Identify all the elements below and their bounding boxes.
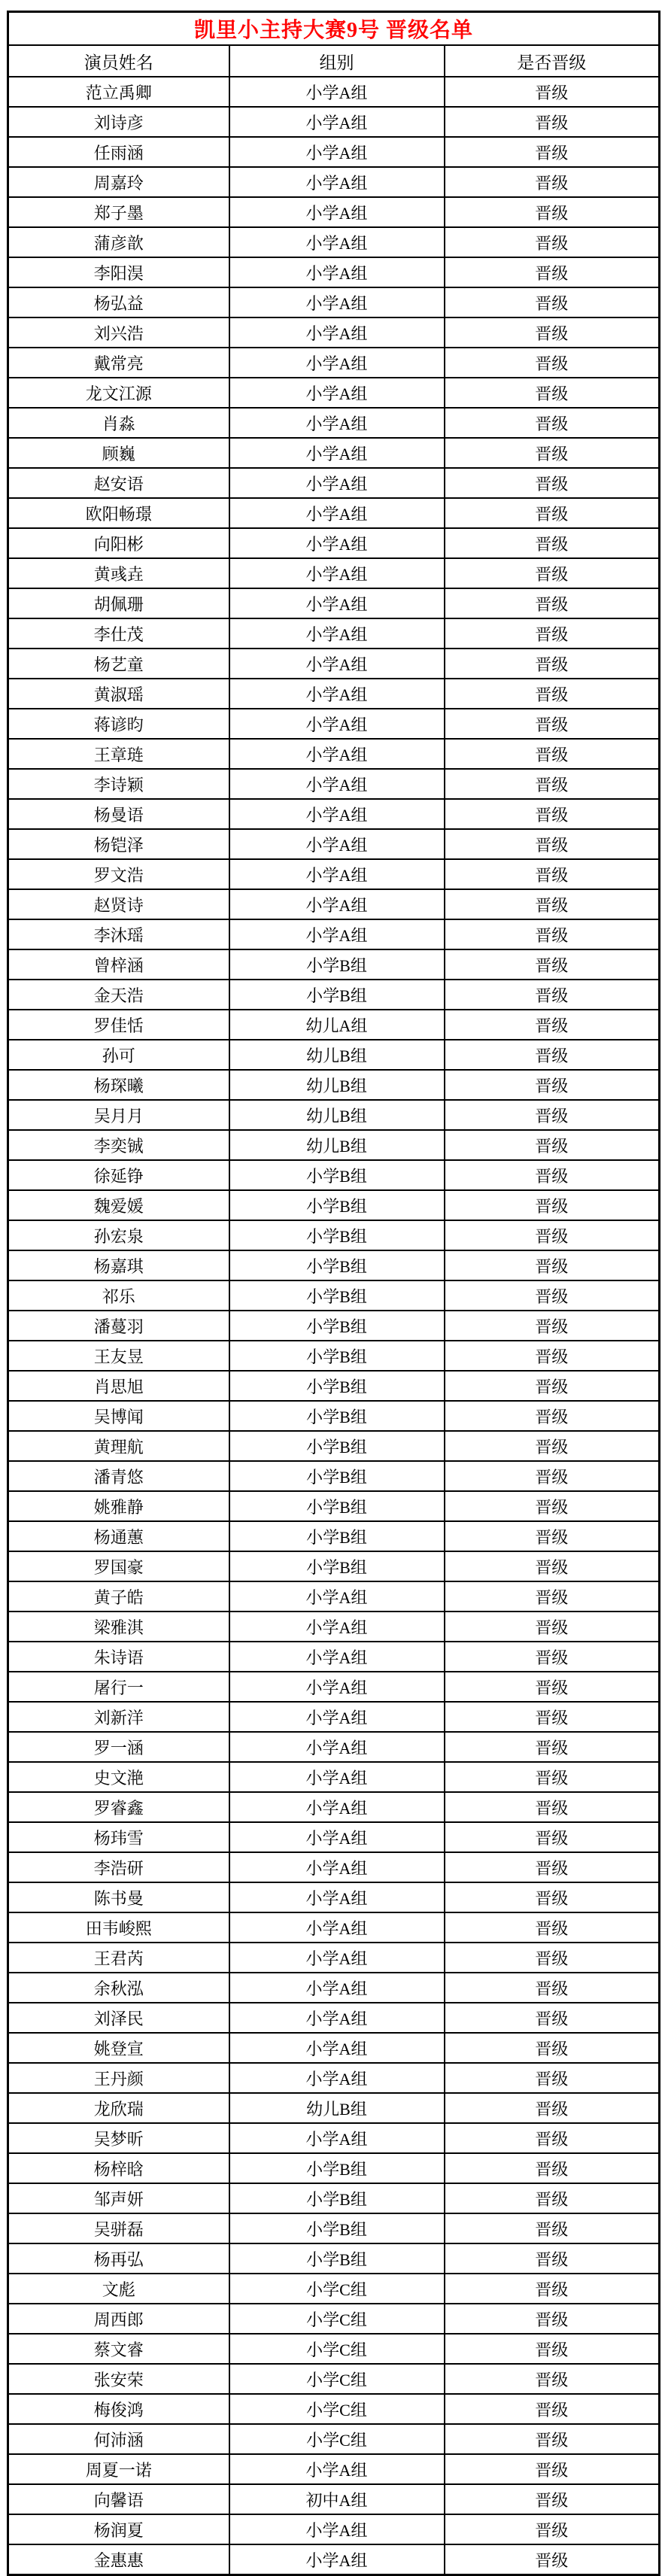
title-row: 凯里小主持大赛9号 晋级名单 <box>8 12 660 46</box>
status-cell: 晋级 <box>445 2544 660 2575</box>
group-cell: 小学B组 <box>229 1431 445 1461</box>
status-cell: 晋级 <box>445 2093 660 2123</box>
group-cell: 小学A组 <box>229 859 445 889</box>
group-cell: 小学B组 <box>229 1190 445 1220</box>
name-cell: 杨再弘 <box>8 2243 229 2274</box>
status-cell: 晋级 <box>445 2183 660 2213</box>
table-row: 金惠惠小学A组晋级 <box>8 2544 660 2575</box>
table-row: 曾梓涵小学B组晋级 <box>8 949 660 980</box>
table-row: 祁乐小学B组晋级 <box>8 1280 660 1311</box>
name-cell: 杨弘益 <box>8 287 229 317</box>
group-cell: 小学A组 <box>229 1822 445 1852</box>
group-cell: 小学C组 <box>229 2364 445 2394</box>
table-body: 范立禹卿小学A组晋级刘诗彦小学A组晋级任雨涵小学A组晋级周嘉玲小学A组晋级郑子墨… <box>8 77 660 2575</box>
table-row: 肖淼小学A组晋级 <box>8 408 660 438</box>
table-row: 任雨涵小学A组晋级 <box>8 137 660 167</box>
page-title: 凯里小主持大赛9号 晋级名单 <box>8 12 660 46</box>
name-cell: 潘蔓羽 <box>8 1311 229 1341</box>
status-cell: 晋级 <box>445 378 660 408</box>
group-cell: 小学B组 <box>229 1220 445 1250</box>
status-cell: 晋级 <box>445 1551 660 1581</box>
table-row: 李阳淏小学A组晋级 <box>8 257 660 287</box>
table-row: 屠行一小学A组晋级 <box>8 1672 660 1702</box>
name-cell: 黄理航 <box>8 1431 229 1461</box>
status-cell: 晋级 <box>445 980 660 1010</box>
group-cell: 小学A组 <box>229 679 445 709</box>
status-cell: 晋级 <box>445 739 660 769</box>
table-row: 顾巍小学A组晋级 <box>8 438 660 468</box>
status-cell: 晋级 <box>445 1612 660 1642</box>
table-row: 王章琏小学A组晋级 <box>8 739 660 769</box>
table-row: 邹声妍小学B组晋级 <box>8 2183 660 2213</box>
group-cell: 小学A组 <box>229 1792 445 1822</box>
status-cell: 晋级 <box>445 1461 660 1491</box>
name-cell: 田韦峻熙 <box>8 1912 229 1943</box>
status-cell: 晋级 <box>445 2454 660 2484</box>
table-row: 罗睿鑫小学A组晋级 <box>8 1792 660 1822</box>
name-cell: 王章琏 <box>8 739 229 769</box>
table-row: 胡佩珊小学A组晋级 <box>8 588 660 618</box>
status-cell: 晋级 <box>445 649 660 679</box>
name-cell: 郑子墨 <box>8 197 229 227</box>
table-row: 李仕茂小学A组晋级 <box>8 618 660 649</box>
status-cell: 晋级 <box>445 287 660 317</box>
group-cell: 小学A组 <box>229 227 445 257</box>
table-row: 杨梓晗小学B组晋级 <box>8 2153 660 2183</box>
name-cell: 周西郎 <box>8 2304 229 2334</box>
group-cell: 小学A组 <box>229 2033 445 2063</box>
name-cell: 李阳淏 <box>8 257 229 287</box>
status-cell: 晋级 <box>445 1792 660 1822</box>
group-cell: 小学C组 <box>229 2334 445 2364</box>
table-row: 刘诗彦小学A组晋级 <box>8 107 660 137</box>
name-cell: 余秋泓 <box>8 1973 229 2003</box>
table-row: 杨玮雪小学A组晋级 <box>8 1822 660 1852</box>
status-cell: 晋级 <box>445 618 660 649</box>
status-cell: 晋级 <box>445 799 660 829</box>
status-cell: 晋级 <box>445 949 660 980</box>
name-cell: 蒲彦歆 <box>8 227 229 257</box>
group-cell: 小学A组 <box>229 317 445 348</box>
column-header-group: 组别 <box>229 45 445 77</box>
status-cell: 晋级 <box>445 2213 660 2243</box>
name-cell: 罗一涵 <box>8 1732 229 1762</box>
name-cell: 肖思旭 <box>8 1371 229 1401</box>
table-row: 杨再弘小学B组晋级 <box>8 2243 660 2274</box>
status-cell: 晋级 <box>445 77 660 107</box>
table-row: 史文滟小学A组晋级 <box>8 1762 660 1792</box>
group-cell: 小学A组 <box>229 257 445 287</box>
group-cell: 小学A组 <box>229 197 445 227</box>
group-cell: 小学A组 <box>229 769 445 799</box>
group-cell: 小学A组 <box>229 1642 445 1672</box>
table-row: 杨琛曦幼儿B组晋级 <box>8 1070 660 1100</box>
name-cell: 张安荣 <box>8 2364 229 2394</box>
name-cell: 李奕铖 <box>8 1130 229 1160</box>
group-cell: 小学B组 <box>229 1160 445 1190</box>
status-cell: 晋级 <box>445 2003 660 2033</box>
name-cell: 黄子皓 <box>8 1581 229 1612</box>
status-cell: 晋级 <box>445 2484 660 2514</box>
group-cell: 小学A组 <box>229 739 445 769</box>
status-cell: 晋级 <box>445 528 660 558</box>
status-cell: 晋级 <box>445 2274 660 2304</box>
group-cell: 小学B组 <box>229 1311 445 1341</box>
status-cell: 晋级 <box>445 348 660 378</box>
table-row: 向馨语初中A组晋级 <box>8 2484 660 2514</box>
group-cell: 小学B组 <box>229 2213 445 2243</box>
status-cell: 晋级 <box>445 1882 660 1912</box>
name-cell: 罗佳恬 <box>8 1010 229 1040</box>
status-cell: 晋级 <box>445 107 660 137</box>
group-cell: 幼儿B组 <box>229 1070 445 1100</box>
status-cell: 晋级 <box>445 1280 660 1311</box>
table-row: 范立禹卿小学A组晋级 <box>8 77 660 107</box>
table-row: 龙文江源小学A组晋级 <box>8 378 660 408</box>
group-cell: 小学B组 <box>229 949 445 980</box>
status-cell: 晋级 <box>445 889 660 919</box>
group-cell: 小学A组 <box>229 1732 445 1762</box>
name-cell: 杨梓晗 <box>8 2153 229 2183</box>
group-cell: 小学A组 <box>229 378 445 408</box>
table-row: 赵贤诗小学A组晋级 <box>8 889 660 919</box>
table-row: 蒋谚昀小学A组晋级 <box>8 709 660 739</box>
group-cell: 小学B组 <box>229 1280 445 1311</box>
status-cell: 晋级 <box>445 2304 660 2334</box>
group-cell: 小学B组 <box>229 2153 445 2183</box>
name-cell: 梅俊鸿 <box>8 2394 229 2424</box>
status-cell: 晋级 <box>445 1732 660 1762</box>
group-cell: 小学A组 <box>229 498 445 528</box>
name-cell: 罗国豪 <box>8 1551 229 1581</box>
status-cell: 晋级 <box>445 1581 660 1612</box>
table-row: 李浩研小学A组晋级 <box>8 1852 660 1882</box>
name-cell: 杨曼语 <box>8 799 229 829</box>
name-cell: 潘青悠 <box>8 1461 229 1491</box>
group-cell: 小学A组 <box>229 588 445 618</box>
name-cell: 欧阳畅璟 <box>8 498 229 528</box>
table-row: 黄淑瑶小学A组晋级 <box>8 679 660 709</box>
table-row: 杨艺童小学A组晋级 <box>8 649 660 679</box>
name-cell: 姚登宣 <box>8 2033 229 2063</box>
name-cell: 胡佩珊 <box>8 588 229 618</box>
name-cell: 范立禹卿 <box>8 77 229 107</box>
name-cell: 曾梓涵 <box>8 949 229 980</box>
group-cell: 小学A组 <box>229 167 445 197</box>
group-cell: 小学A组 <box>229 1943 445 1973</box>
group-cell: 小学A组 <box>229 1882 445 1912</box>
status-cell: 晋级 <box>445 1642 660 1672</box>
column-header-status: 是否晋级 <box>445 45 660 77</box>
group-cell: 幼儿B组 <box>229 1130 445 1160</box>
status-cell: 晋级 <box>445 167 660 197</box>
group-cell: 小学B组 <box>229 980 445 1010</box>
name-cell: 朱诗语 <box>8 1642 229 1672</box>
name-cell: 刘泽民 <box>8 2003 229 2033</box>
status-cell: 晋级 <box>445 1762 660 1792</box>
status-cell: 晋级 <box>445 1070 660 1100</box>
group-cell: 小学B组 <box>229 1551 445 1581</box>
name-cell: 黄淑瑶 <box>8 679 229 709</box>
name-cell: 王君芮 <box>8 1943 229 1973</box>
name-cell: 戴常亮 <box>8 348 229 378</box>
name-cell: 杨润夏 <box>8 2514 229 2544</box>
table-row: 郑子墨小学A组晋级 <box>8 197 660 227</box>
group-cell: 小学A组 <box>229 1762 445 1792</box>
group-cell: 小学A组 <box>229 1852 445 1882</box>
table-row: 欧阳畅璟小学A组晋级 <box>8 498 660 528</box>
table-row: 孙可幼儿B组晋级 <box>8 1040 660 1070</box>
name-cell: 杨琛曦 <box>8 1070 229 1100</box>
name-cell: 姚雅静 <box>8 1491 229 1521</box>
status-cell: 晋级 <box>445 1100 660 1130</box>
name-cell: 梁雅淇 <box>8 1612 229 1642</box>
name-cell: 孙可 <box>8 1040 229 1070</box>
name-cell: 蒋谚昀 <box>8 709 229 739</box>
table-row: 王友昱小学B组晋级 <box>8 1341 660 1371</box>
name-cell: 罗睿鑫 <box>8 1792 229 1822</box>
group-cell: 小学A组 <box>229 889 445 919</box>
name-cell: 肖淼 <box>8 408 229 438</box>
table-row: 刘新洋小学A组晋级 <box>8 1702 660 1732</box>
table-row: 赵安语小学A组晋级 <box>8 468 660 498</box>
table-row: 陈书曼小学A组晋级 <box>8 1882 660 1912</box>
group-cell: 幼儿A组 <box>229 1010 445 1040</box>
status-cell: 晋级 <box>445 317 660 348</box>
table-row: 文彪小学C组晋级 <box>8 2274 660 2304</box>
table-row: 姚登宣小学A组晋级 <box>8 2033 660 2063</box>
group-cell: 小学B组 <box>229 2183 445 2213</box>
group-cell: 小学A组 <box>229 1612 445 1642</box>
group-cell: 小学A组 <box>229 558 445 588</box>
name-cell: 杨艺童 <box>8 649 229 679</box>
name-cell: 刘诗彦 <box>8 107 229 137</box>
table-row: 戴常亮小学A组晋级 <box>8 348 660 378</box>
group-cell: 小学B组 <box>229 1461 445 1491</box>
group-cell: 小学A组 <box>229 2003 445 2033</box>
name-cell: 黄彧垚 <box>8 558 229 588</box>
status-cell: 晋级 <box>445 1341 660 1371</box>
group-cell: 小学A组 <box>229 2454 445 2484</box>
name-cell: 王友昱 <box>8 1341 229 1371</box>
status-cell: 晋级 <box>445 197 660 227</box>
group-cell: 小学A组 <box>229 829 445 859</box>
group-cell: 小学B组 <box>229 1491 445 1521</box>
table-row: 吴骈磊小学B组晋级 <box>8 2213 660 2243</box>
status-cell: 晋级 <box>445 2334 660 2364</box>
table-row: 罗文浩小学A组晋级 <box>8 859 660 889</box>
group-cell: 小学B组 <box>229 1371 445 1401</box>
status-cell: 晋级 <box>445 1311 660 1341</box>
group-cell: 幼儿B组 <box>229 1100 445 1130</box>
name-cell: 李仕茂 <box>8 618 229 649</box>
table-row: 徐延铮小学B组晋级 <box>8 1160 660 1190</box>
table-row: 潘蔓羽小学B组晋级 <box>8 1311 660 1341</box>
table-row: 肖思旭小学B组晋级 <box>8 1371 660 1401</box>
status-cell: 晋级 <box>445 1521 660 1551</box>
name-cell: 魏爱媛 <box>8 1190 229 1220</box>
status-cell: 晋级 <box>445 468 660 498</box>
table-row: 王丹颜小学A组晋级 <box>8 2063 660 2093</box>
status-cell: 晋级 <box>445 1401 660 1431</box>
table-row: 龙欣瑞幼儿B组晋级 <box>8 2093 660 2123</box>
table-row: 刘兴浩小学A组晋级 <box>8 317 660 348</box>
table-row: 杨弘益小学A组晋级 <box>8 287 660 317</box>
group-cell: 小学B组 <box>229 1401 445 1431</box>
status-cell: 晋级 <box>445 1220 660 1250</box>
table-row: 张安荣小学C组晋级 <box>8 2364 660 2394</box>
table-row: 吴博闻小学B组晋级 <box>8 1401 660 1431</box>
name-cell: 杨嘉琪 <box>8 1250 229 1280</box>
group-cell: 小学A组 <box>229 1912 445 1943</box>
name-cell: 邹声妍 <box>8 2183 229 2213</box>
status-cell: 晋级 <box>445 2364 660 2394</box>
status-cell: 晋级 <box>445 829 660 859</box>
status-cell: 晋级 <box>445 2153 660 2183</box>
group-cell: 小学A组 <box>229 2063 445 2093</box>
status-cell: 晋级 <box>445 588 660 618</box>
name-cell: 周夏一诺 <box>8 2454 229 2484</box>
name-cell: 刘新洋 <box>8 1702 229 1732</box>
name-cell: 陈书曼 <box>8 1882 229 1912</box>
table-row: 李诗颖小学A组晋级 <box>8 769 660 799</box>
table-row: 黄彧垚小学A组晋级 <box>8 558 660 588</box>
group-cell: 小学B组 <box>229 1521 445 1551</box>
table-row: 梅俊鸿小学C组晋级 <box>8 2394 660 2424</box>
name-cell: 屠行一 <box>8 1672 229 1702</box>
group-cell: 小学C组 <box>229 2304 445 2334</box>
status-cell: 晋级 <box>445 257 660 287</box>
group-cell: 小学C组 <box>229 2274 445 2304</box>
name-cell: 刘兴浩 <box>8 317 229 348</box>
name-cell: 金惠惠 <box>8 2544 229 2575</box>
group-cell: 小学A组 <box>229 468 445 498</box>
group-cell: 小学A组 <box>229 618 445 649</box>
status-cell: 晋级 <box>445 2514 660 2544</box>
status-cell: 晋级 <box>445 1160 660 1190</box>
name-cell: 孙宏泉 <box>8 1220 229 1250</box>
group-cell: 小学B组 <box>229 2243 445 2274</box>
group-cell: 小学A组 <box>229 709 445 739</box>
table-row: 潘青悠小学B组晋级 <box>8 1461 660 1491</box>
name-cell: 赵安语 <box>8 468 229 498</box>
name-cell: 吴月月 <box>8 1100 229 1130</box>
group-cell: 小学A组 <box>229 438 445 468</box>
table-row: 杨润夏小学A组晋级 <box>8 2514 660 2544</box>
table-row: 王君芮小学A组晋级 <box>8 1943 660 1973</box>
group-cell: 小学C组 <box>229 2424 445 2454</box>
status-cell: 晋级 <box>445 498 660 528</box>
table-row: 吴梦昕小学A组晋级 <box>8 2123 660 2153</box>
status-cell: 晋级 <box>445 709 660 739</box>
table-row: 杨嘉琪小学B组晋级 <box>8 1250 660 1280</box>
group-cell: 小学A组 <box>229 2514 445 2544</box>
group-cell: 小学A组 <box>229 919 445 949</box>
status-cell: 晋级 <box>445 1822 660 1852</box>
name-cell: 蔡文睿 <box>8 2334 229 2364</box>
status-cell: 晋级 <box>445 1040 660 1070</box>
group-cell: 小学B组 <box>229 1341 445 1371</box>
header-row: 演员姓名 组别 是否晋级 <box>8 45 660 77</box>
name-cell: 赵贤诗 <box>8 889 229 919</box>
table-row: 余秋泓小学A组晋级 <box>8 1973 660 2003</box>
group-cell: 小学B组 <box>229 1250 445 1280</box>
group-cell: 小学A组 <box>229 799 445 829</box>
group-cell: 小学A组 <box>229 1973 445 2003</box>
status-cell: 晋级 <box>445 227 660 257</box>
status-cell: 晋级 <box>445 1702 660 1732</box>
status-cell: 晋级 <box>445 1672 660 1702</box>
name-cell: 龙文江源 <box>8 378 229 408</box>
group-cell: 小学A组 <box>229 2123 445 2153</box>
status-cell: 晋级 <box>445 679 660 709</box>
name-cell: 向阳彬 <box>8 528 229 558</box>
name-cell: 吴梦昕 <box>8 2123 229 2153</box>
name-cell: 周嘉玲 <box>8 167 229 197</box>
promotion-table: 凯里小主持大赛9号 晋级名单 演员姓名 组别 是否晋级 范立禹卿小学A组晋级刘诗… <box>7 11 660 2576</box>
status-cell: 晋级 <box>445 1431 660 1461</box>
status-cell: 晋级 <box>445 1852 660 1882</box>
status-cell: 晋级 <box>445 2063 660 2093</box>
table-row: 罗国豪小学B组晋级 <box>8 1551 660 1581</box>
table-row: 黄子皓小学A组晋级 <box>8 1581 660 1612</box>
status-cell: 晋级 <box>445 859 660 889</box>
name-cell: 李沐瑶 <box>8 919 229 949</box>
status-cell: 晋级 <box>445 769 660 799</box>
status-cell: 晋级 <box>445 558 660 588</box>
column-header-name: 演员姓名 <box>8 45 229 77</box>
group-cell: 幼儿B组 <box>229 1040 445 1070</box>
group-cell: 小学A组 <box>229 137 445 167</box>
group-cell: 小学A组 <box>229 1702 445 1732</box>
table-row: 黄理航小学B组晋级 <box>8 1431 660 1461</box>
status-cell: 晋级 <box>445 438 660 468</box>
status-cell: 晋级 <box>445 919 660 949</box>
status-cell: 晋级 <box>445 1190 660 1220</box>
table-row: 杨通蕙小学B组晋级 <box>8 1521 660 1551</box>
status-cell: 晋级 <box>445 1912 660 1943</box>
table-row: 周夏一诺小学A组晋级 <box>8 2454 660 2484</box>
status-cell: 晋级 <box>445 137 660 167</box>
group-cell: 小学C组 <box>229 2394 445 2424</box>
table-row: 蔡文睿小学C组晋级 <box>8 2334 660 2364</box>
group-cell: 幼儿B组 <box>229 2093 445 2123</box>
group-cell: 小学A组 <box>229 348 445 378</box>
table-row: 何沛涵小学C组晋级 <box>8 2424 660 2454</box>
name-cell: 龙欣瑞 <box>8 2093 229 2123</box>
name-cell: 祁乐 <box>8 1280 229 1311</box>
table-row: 罗佳恬幼儿A组晋级 <box>8 1010 660 1040</box>
group-cell: 小学A组 <box>229 77 445 107</box>
group-cell: 小学A组 <box>229 1672 445 1702</box>
name-cell: 杨玮雪 <box>8 1822 229 1852</box>
group-cell: 小学A组 <box>229 2544 445 2575</box>
table-row: 李沐瑶小学A组晋级 <box>8 919 660 949</box>
status-cell: 晋级 <box>445 1010 660 1040</box>
group-cell: 小学A组 <box>229 287 445 317</box>
table-row: 周嘉玲小学A组晋级 <box>8 167 660 197</box>
name-cell: 吴博闻 <box>8 1401 229 1431</box>
status-cell: 晋级 <box>445 1943 660 1973</box>
name-cell: 顾巍 <box>8 438 229 468</box>
table-row: 李奕铖幼儿B组晋级 <box>8 1130 660 1160</box>
table-row: 罗一涵小学A组晋级 <box>8 1732 660 1762</box>
group-cell: 小学A组 <box>229 528 445 558</box>
status-cell: 晋级 <box>445 2394 660 2424</box>
status-cell: 晋级 <box>445 2123 660 2153</box>
status-cell: 晋级 <box>445 2033 660 2063</box>
name-cell: 王丹颜 <box>8 2063 229 2093</box>
